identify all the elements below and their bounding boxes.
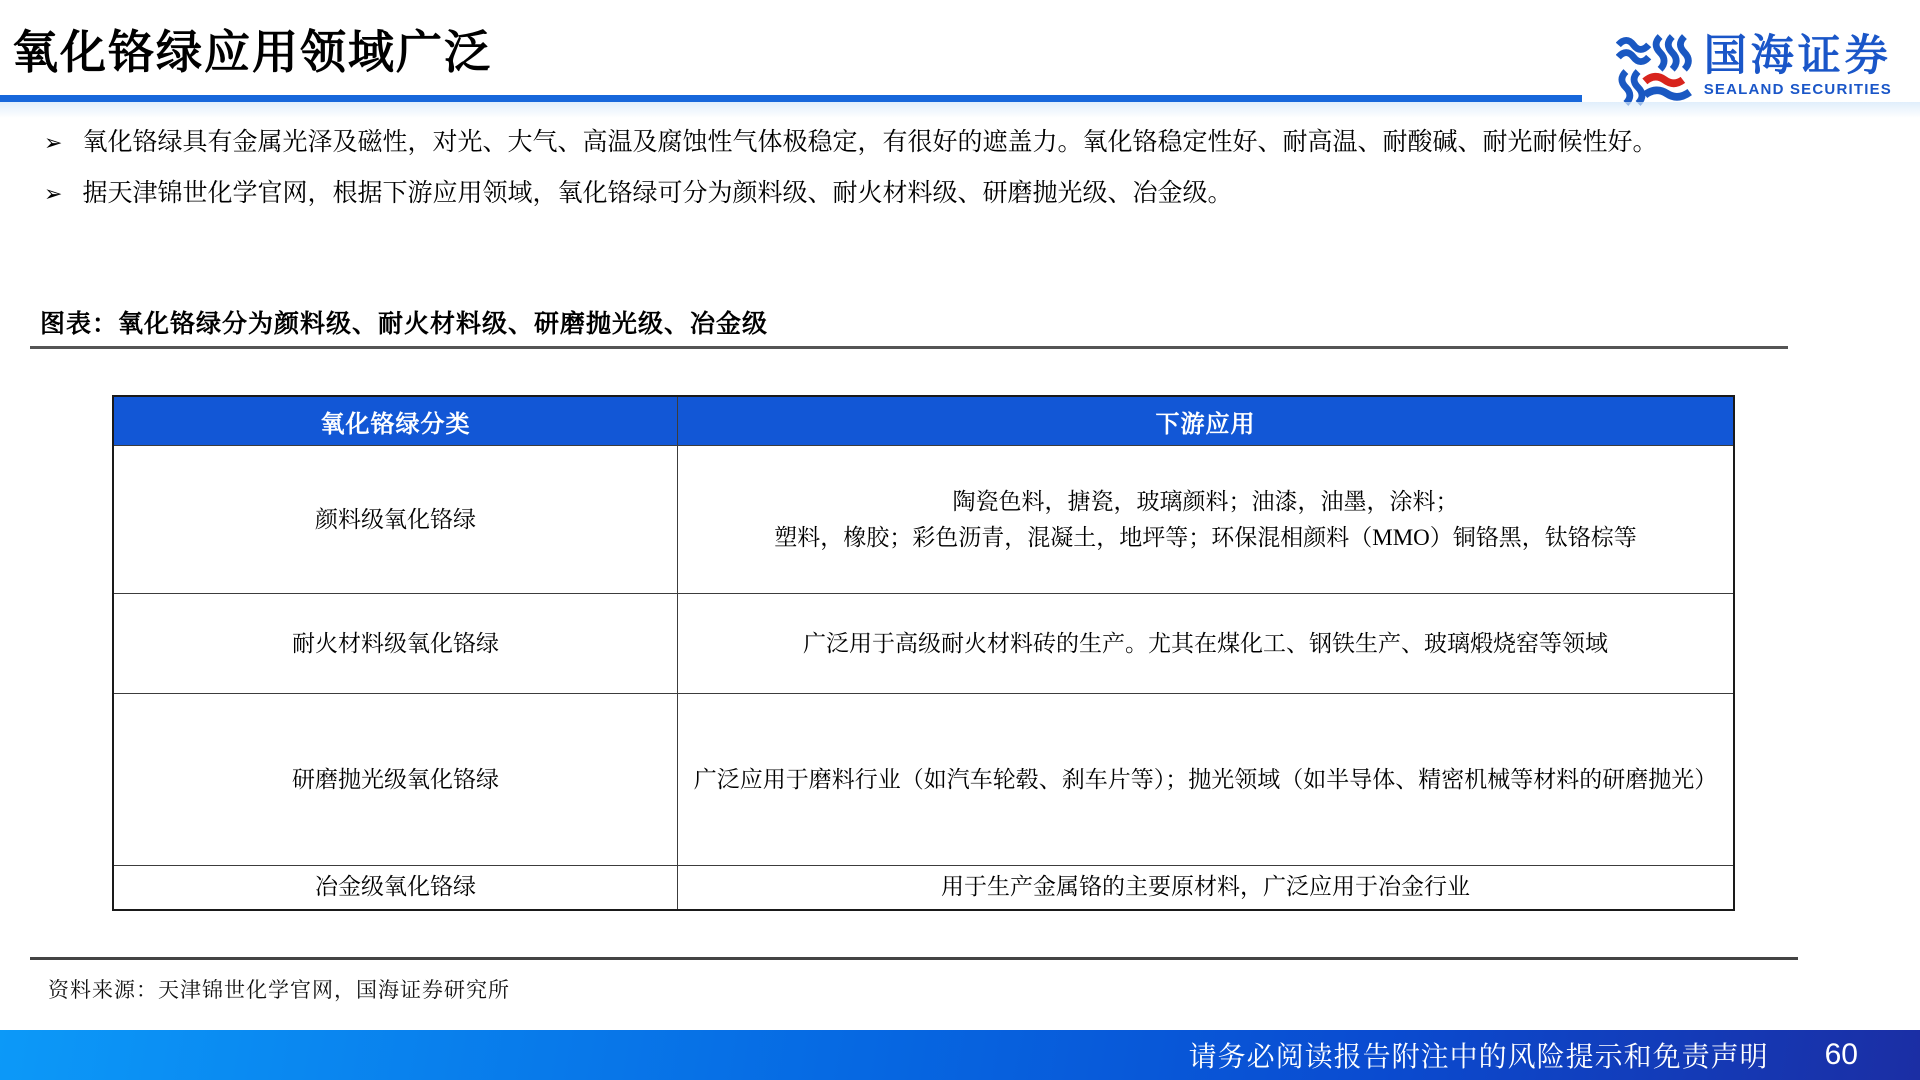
arrow-bullet-icon: ➢ (44, 128, 62, 158)
footer-bar: 请务必阅读报告附注中的风险提示和免责声明 60 (0, 1030, 1920, 1080)
bullet-list: ➢ 氧化铬绿具有金属光泽及磁性，对光、大气、高温及腐蚀性气体极稳定，有很好的遮盖… (44, 126, 1894, 228)
sealand-logo-icon (1616, 34, 1692, 106)
table-row: 耐火材料级氧化铬绿 广泛用于高级耐火材料砖的生产。尤其在煤化工、钢铁生产、玻璃煅… (113, 594, 1734, 694)
table-row: 颜料级氧化铬绿 陶瓷色料，搪瓷，玻璃颜料；油漆，油墨，涂料； 塑料，橡胶；彩色沥… (113, 446, 1734, 594)
bullet-text: 氧化铬绿具有金属光泽及磁性，对光、大气、高温及腐蚀性气体极稳定，有很好的遮盖力。… (82, 126, 1657, 160)
classification-table: 氧化铬绿分类 下游应用 颜料级氧化铬绿 陶瓷色料，搪瓷，玻璃颜料；油漆，油墨，涂… (112, 395, 1735, 911)
header-fade-band (0, 102, 1920, 118)
cell-category: 颜料级氧化铬绿 (113, 446, 678, 594)
cell-application: 广泛用于高级耐火材料砖的生产。尤其在煤化工、钢铁生产、玻璃煅烧窑等领域 (678, 594, 1734, 694)
logo-name-en: SEALAND SECURITIES (1704, 81, 1892, 98)
bullet-item: ➢ 氧化铬绿具有金属光泽及磁性，对光、大气、高温及腐蚀性气体极稳定，有很好的遮盖… (44, 126, 1894, 160)
cell-category: 耐火材料级氧化铬绿 (113, 594, 678, 694)
cell-category: 研磨抛光级氧化铬绿 (113, 694, 678, 866)
title-underline (0, 95, 1582, 102)
logo-name-cn: 国海证券 (1704, 34, 1892, 79)
cell-application: 广泛应用于磨料行业（如汽车轮毂、刹车片等）；抛光领域（如半导体、精密机械等材料的… (678, 694, 1734, 866)
table-row: 冶金级氧化铬绿 用于生产金属铬的主要原材料，广泛应用于冶金行业 (113, 866, 1734, 910)
page-title: 氧化铬绿应用领域广泛 (12, 16, 492, 82)
cell-category: 冶金级氧化铬绿 (113, 866, 678, 910)
cell-application: 用于生产金属铬的主要原材料，广泛应用于冶金行业 (678, 866, 1734, 910)
table-row: 研磨抛光级氧化铬绿 广泛应用于磨料行业（如汽车轮毂、刹车片等）；抛光领域（如半导… (113, 694, 1734, 866)
cell-application: 陶瓷色料，搪瓷，玻璃颜料；油漆，油墨，涂料； 塑料，橡胶；彩色沥青，混凝土，地坪… (678, 446, 1734, 594)
bullet-text: 据天津锦世化学官网，根据下游应用领域，氧化铬绿可分为颜料级、耐火材料级、研磨抛光… (82, 177, 1232, 211)
caption-rule (30, 346, 1788, 349)
logo-text: 国海证券 SEALAND SECURITIES (1704, 34, 1892, 98)
bullet-item: ➢ 据天津锦世化学官网，根据下游应用领域，氧化铬绿可分为颜料级、耐火材料级、研磨… (44, 177, 1894, 211)
source-rule (30, 957, 1798, 960)
report-slide: 氧化铬绿应用领域广泛 国海证券 SEALAND SECURITIES ➢ (0, 0, 1920, 1080)
column-header-application: 下游应用 (678, 396, 1734, 446)
figure-caption: 图表：氧化铬绿分为颜料级、耐火材料级、研磨抛光级、冶金级 (40, 304, 768, 340)
column-header-category: 氧化铬绿分类 (113, 396, 678, 446)
page-number: 60 (1825, 1038, 1858, 1072)
arrow-bullet-icon: ➢ (44, 179, 62, 209)
sealand-logo: 国海证券 SEALAND SECURITIES (1616, 34, 1892, 106)
source-note: 资料来源：天津锦世化学官网，国海证券研究所 (48, 974, 510, 1004)
table-header-row: 氧化铬绿分类 下游应用 (113, 396, 1734, 446)
footer-disclaimer: 请务必阅读报告附注中的风险提示和免责声明 (1189, 1035, 1769, 1075)
